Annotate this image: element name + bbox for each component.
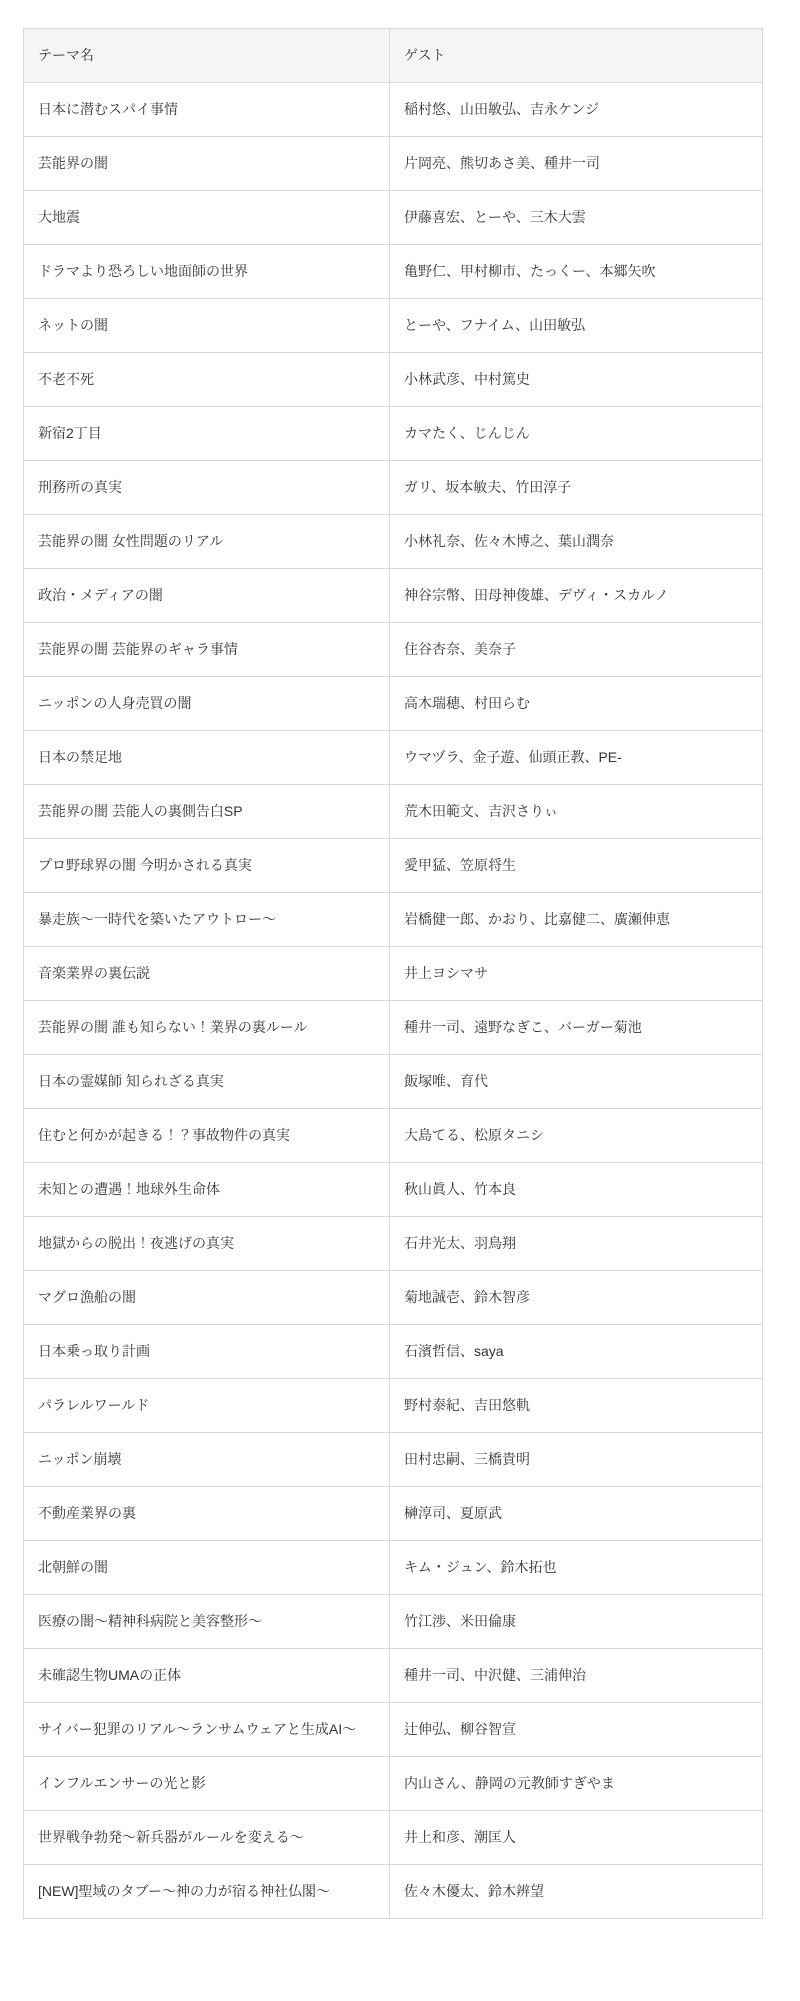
guest-cell: 竹江渉、米田倫康	[390, 1595, 763, 1649]
column-header-theme: テーマ名	[24, 29, 390, 83]
theme-cell: 不動産業界の裏	[24, 1487, 390, 1541]
theme-cell: ニッポン崩壊	[24, 1433, 390, 1487]
table-row: ドラマより恐ろしい地面師の世界 亀野仁、甲村柳市、たっくー、本郷矢吹	[24, 245, 763, 299]
guest-cell: 神谷宗幣、田母神俊雄、デヴィ・スカルノ	[390, 569, 763, 623]
table-row: 住むと何かが起きる！？事故物件の真実 大島てる、松原タニシ	[24, 1109, 763, 1163]
theme-cell: [NEW]聖域のタブー～神の力が宿る神社仏閣～	[24, 1865, 390, 1919]
table-row: 不動産業界の裏 榊淳司、夏原武	[24, 1487, 763, 1541]
page-content: テーマ名 ゲスト 日本に潜むスパイ事情 稲村悠、山田敏弘、吉永ケンジ 芸能界の闇…	[0, 0, 800, 1919]
theme-cell: 芸能界の闇 女性問題のリアル	[24, 515, 390, 569]
theme-cell: 住むと何かが起きる！？事故物件の真実	[24, 1109, 390, 1163]
guest-cell: ウマヅラ、金子遊、仙頭正教、PE-	[390, 731, 763, 785]
table-row: 芸能界の闇 芸能人の裏側告白SP 荒木田範文、吉沢さりぃ	[24, 785, 763, 839]
theme-cell: ドラマより恐ろしい地面師の世界	[24, 245, 390, 299]
theme-cell: 芸能界の闇 芸能人の裏側告白SP	[24, 785, 390, 839]
guest-cell: 大島てる、松原タニシ	[390, 1109, 763, 1163]
guest-cell: 伊藤喜宏、とーや、三木大雲	[390, 191, 763, 245]
table-row: 未確認生物UMAの正体 種井一司、中沢健、三浦伸治	[24, 1649, 763, 1703]
table-row: 刑務所の真実 ガリ、坂本敏夫、竹田淳子	[24, 461, 763, 515]
guest-cell: 小林武彦、中村篤史	[390, 353, 763, 407]
guest-cell: 佐々木優太、鈴木辨望	[390, 1865, 763, 1919]
table-row: 暴走族〜一時代を築いたアウトロー〜 岩橋健一郎、かおり、比嘉健二、廣瀬伸恵	[24, 893, 763, 947]
table-row: 地獄からの脱出！夜逃げの真実 石井光太、羽鳥翔	[24, 1217, 763, 1271]
theme-cell: プロ野球界の闇 今明かされる真実	[24, 839, 390, 893]
theme-cell: 日本の禁足地	[24, 731, 390, 785]
guest-cell: 飯塚唯、育代	[390, 1055, 763, 1109]
theme-cell: 日本に潜むスパイ事情	[24, 83, 390, 137]
table-row: 大地震 伊藤喜宏、とーや、三木大雲	[24, 191, 763, 245]
theme-cell: 日本の霊媒師 知られざる真実	[24, 1055, 390, 1109]
guest-cell: 辻伸弘、柳谷智宣	[390, 1703, 763, 1757]
guest-cell: 稲村悠、山田敏弘、吉永ケンジ	[390, 83, 763, 137]
theme-cell: 政治・メディアの闇	[24, 569, 390, 623]
theme-cell: ネットの闇	[24, 299, 390, 353]
guest-cell: 石濱哲信、saya	[390, 1325, 763, 1379]
episode-table: テーマ名 ゲスト 日本に潜むスパイ事情 稲村悠、山田敏弘、吉永ケンジ 芸能界の闇…	[23, 28, 763, 1919]
table-row: 芸能界の闇 芸能界のギャラ事情 住谷杏奈、美奈子	[24, 623, 763, 677]
guest-cell: 種井一司、遠野なぎこ、バーガー菊池	[390, 1001, 763, 1055]
table-row: 日本乗っ取り計画 石濱哲信、saya	[24, 1325, 763, 1379]
table-row: インフルエンサーの光と影 内山さん、静岡の元教師すぎやま	[24, 1757, 763, 1811]
table-row: 未知との遭遇！地球外生命体 秋山眞人、竹本良	[24, 1163, 763, 1217]
guest-cell: キム・ジュン、鈴木拓也	[390, 1541, 763, 1595]
guest-cell: 野村泰紀、吉田悠軌	[390, 1379, 763, 1433]
table-row: ネットの闇 とーや、フナイム、山田敏弘	[24, 299, 763, 353]
guest-cell: 住谷杏奈、美奈子	[390, 623, 763, 677]
theme-cell: 未確認生物UMAの正体	[24, 1649, 390, 1703]
table-row: 芸能界の闇 女性問題のリアル 小林礼奈、佐々木博之、葉山潤奈	[24, 515, 763, 569]
guest-cell: 菊地誠壱、鈴木智彦	[390, 1271, 763, 1325]
guest-cell: 内山さん、静岡の元教師すぎやま	[390, 1757, 763, 1811]
guest-cell: 種井一司、中沢健、三浦伸治	[390, 1649, 763, 1703]
table-row: 芸能界の闇 片岡亮、熊切あさ美、種井一司	[24, 137, 763, 191]
theme-cell: 北朝鮮の闇	[24, 1541, 390, 1595]
guest-cell: 亀野仁、甲村柳市、たっくー、本郷矢吹	[390, 245, 763, 299]
guest-cell: 秋山眞人、竹本良	[390, 1163, 763, 1217]
theme-cell: 暴走族〜一時代を築いたアウトロー〜	[24, 893, 390, 947]
guest-cell: 石井光太、羽鳥翔	[390, 1217, 763, 1271]
table-row: 音楽業界の裏伝説 井上ヨシマサ	[24, 947, 763, 1001]
guest-cell: とーや、フナイム、山田敏弘	[390, 299, 763, 353]
theme-cell: 不老不死	[24, 353, 390, 407]
theme-cell: 大地震	[24, 191, 390, 245]
guest-cell: 愛甲猛、笠原将生	[390, 839, 763, 893]
guest-cell: 高木瑞穂、村田らむ	[390, 677, 763, 731]
table-row: 日本に潜むスパイ事情 稲村悠、山田敏弘、吉永ケンジ	[24, 83, 763, 137]
header-row: テーマ名 ゲスト	[24, 29, 763, 83]
theme-cell: 芸能界の闇	[24, 137, 390, 191]
theme-cell: 地獄からの脱出！夜逃げの真実	[24, 1217, 390, 1271]
theme-cell: サイバー犯罪のリアル〜ランサムウェアと生成AI〜	[24, 1703, 390, 1757]
table-row: ニッポンの人身売買の闇 高木瑞穂、村田らむ	[24, 677, 763, 731]
guest-cell: 岩橋健一郎、かおり、比嘉健二、廣瀬伸恵	[390, 893, 763, 947]
table-row: 日本の霊媒師 知られざる真実 飯塚唯、育代	[24, 1055, 763, 1109]
table-row: 医療の闇〜精神科病院と美容整形〜 竹江渉、米田倫康	[24, 1595, 763, 1649]
table-row: サイバー犯罪のリアル〜ランサムウェアと生成AI〜 辻伸弘、柳谷智宣	[24, 1703, 763, 1757]
theme-cell: 未知との遭遇！地球外生命体	[24, 1163, 390, 1217]
theme-cell: 医療の闇〜精神科病院と美容整形〜	[24, 1595, 390, 1649]
table-row: 芸能界の闇 誰も知らない！業界の裏ルール 種井一司、遠野なぎこ、バーガー菊池	[24, 1001, 763, 1055]
table-row: マグロ漁船の闇 菊地誠壱、鈴木智彦	[24, 1271, 763, 1325]
table-row: [NEW]聖域のタブー～神の力が宿る神社仏閣～ 佐々木優太、鈴木辨望	[24, 1865, 763, 1919]
guest-cell: ガリ、坂本敏夫、竹田淳子	[390, 461, 763, 515]
table-row: パラレルワールド 野村泰紀、吉田悠軌	[24, 1379, 763, 1433]
table-row: 不老不死 小林武彦、中村篤史	[24, 353, 763, 407]
theme-cell: 音楽業界の裏伝説	[24, 947, 390, 1001]
theme-cell: 日本乗っ取り計画	[24, 1325, 390, 1379]
guest-cell: 井上和彦、潮匡人	[390, 1811, 763, 1865]
table-row: 世界戦争勃発～新兵器がルールを変える～ 井上和彦、潮匡人	[24, 1811, 763, 1865]
table-row: 日本の禁足地 ウマヅラ、金子遊、仙頭正教、PE-	[24, 731, 763, 785]
theme-cell: パラレルワールド	[24, 1379, 390, 1433]
theme-cell: 芸能界の闇 芸能界のギャラ事情	[24, 623, 390, 677]
guest-cell: 田村忠嗣、三橋貴明	[390, 1433, 763, 1487]
table-row: 新宿2丁目 カマたく、じんじん	[24, 407, 763, 461]
theme-cell: マグロ漁船の闇	[24, 1271, 390, 1325]
table-row: ニッポン崩壊 田村忠嗣、三橋貴明	[24, 1433, 763, 1487]
theme-cell: 世界戦争勃発～新兵器がルールを変える～	[24, 1811, 390, 1865]
guest-cell: カマたく、じんじん	[390, 407, 763, 461]
column-header-guest: ゲスト	[390, 29, 763, 83]
table-row: 北朝鮮の闇 キム・ジュン、鈴木拓也	[24, 1541, 763, 1595]
guest-cell: 小林礼奈、佐々木博之、葉山潤奈	[390, 515, 763, 569]
theme-cell: 芸能界の闇 誰も知らない！業界の裏ルール	[24, 1001, 390, 1055]
guest-cell: 荒木田範文、吉沢さりぃ	[390, 785, 763, 839]
guest-cell: 片岡亮、熊切あさ美、種井一司	[390, 137, 763, 191]
theme-cell: 新宿2丁目	[24, 407, 390, 461]
table-row: 政治・メディアの闇 神谷宗幣、田母神俊雄、デヴィ・スカルノ	[24, 569, 763, 623]
guest-cell: 榊淳司、夏原武	[390, 1487, 763, 1541]
guest-cell: 井上ヨシマサ	[390, 947, 763, 1001]
theme-cell: インフルエンサーの光と影	[24, 1757, 390, 1811]
table-row: プロ野球界の闇 今明かされる真実 愛甲猛、笠原将生	[24, 839, 763, 893]
theme-cell: ニッポンの人身売買の闇	[24, 677, 390, 731]
theme-cell: 刑務所の真実	[24, 461, 390, 515]
